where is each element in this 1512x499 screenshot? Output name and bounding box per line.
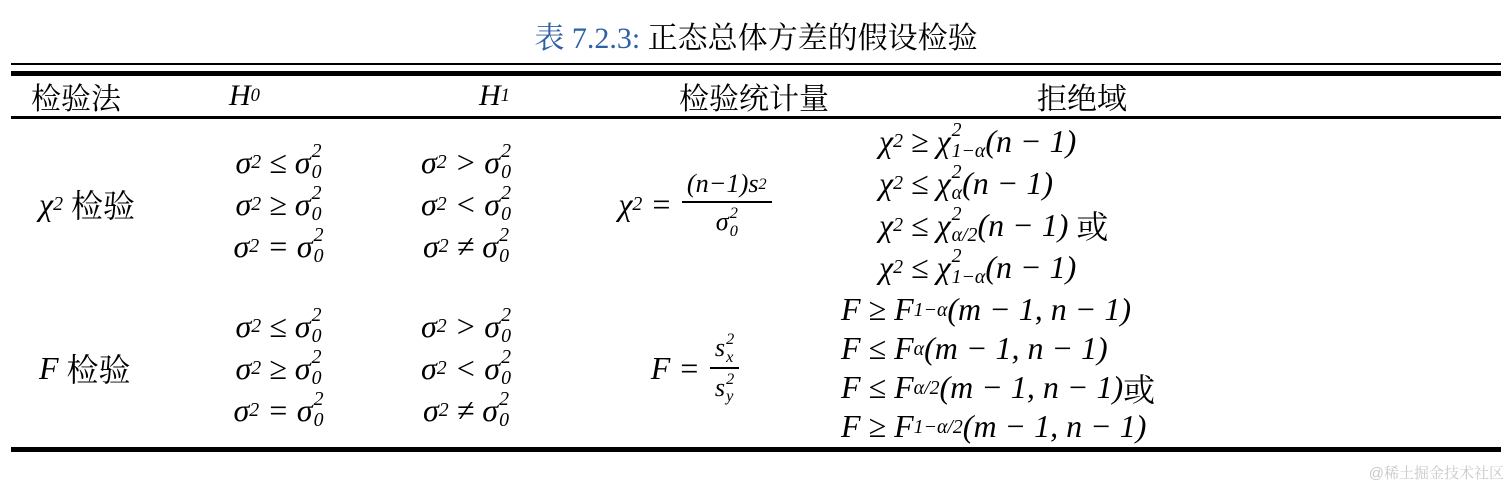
header-h1: H1 — [371, 76, 561, 116]
table-title: 表 7.2.3: 正态总体方差的假设检验 — [0, 22, 1512, 56]
cell-h1: σ2 > σ20 σ2 < σ20 σ2 ≠ σ20 — [371, 119, 561, 289]
h1-line: σ2 < σ20 — [421, 347, 511, 389]
statistic-formula: χ2 = (n−1)s2σ20 — [618, 183, 773, 225]
watermark: @稀土掘金技术社区 — [1369, 462, 1504, 483]
cell-statistic: χ2 = (n−1)s2σ20 — [561, 119, 831, 289]
row-label-f-test: F 检验 — [11, 289, 186, 447]
rejection-line: χ2 ≤ χ21−α(n − 1) — [879, 246, 1076, 288]
header-method: 检验法 — [11, 76, 186, 116]
table-title-text: 正态总体方差的假设检验 — [640, 22, 978, 55]
rejection-line: F ≥ F1−α(m − 1, n − 1) — [841, 290, 1131, 329]
cell-h0: σ2 ≤ σ20 σ2 ≥ σ20 σ2 = σ20 — [186, 119, 371, 289]
h0-line: σ2 ≤ σ20 — [236, 305, 322, 347]
table-row: χ2 检验 σ2 ≤ σ20 σ2 ≥ σ20 σ2 = σ20 σ2 > σ2… — [11, 119, 1501, 289]
h1-line: σ2 ≠ σ20 — [423, 225, 509, 267]
cell-h0: σ2 ≤ σ20 σ2 ≥ σ20 σ2 = σ20 — [186, 289, 371, 447]
page: 表 7.2.3: 正态总体方差的假设检验 检验法 H0 H1 检验统计量 拒绝域… — [0, 0, 1512, 499]
table-number: 表 7.2.3: — [534, 22, 640, 55]
cell-h1: σ2 > σ20 σ2 < σ20 σ2 ≠ σ20 — [371, 289, 561, 447]
cell-rejection: χ2 ≥ χ21−α(n − 1) χ2 ≤ χ2α(n − 1) χ2 ≤ χ… — [831, 119, 1501, 289]
row-label-chi-square-test: χ2 检验 — [11, 119, 186, 289]
statistic-formula: F = s2xs2y — [651, 347, 741, 389]
h1-line: σ2 ≠ σ20 — [423, 389, 509, 431]
cell-rejection: F ≥ F1−α(m − 1, n − 1) F ≤ Fα(m − 1, n −… — [831, 289, 1501, 447]
h1-line: σ2 < σ20 — [421, 183, 511, 225]
bottom-rule — [11, 447, 1501, 452]
rejection-line: F ≤ Fα/2(m − 1, n − 1)或 — [841, 368, 1155, 407]
header-row: 检验法 H0 H1 检验统计量 拒绝域 — [11, 76, 1501, 116]
cell-statistic: F = s2xs2y — [561, 289, 831, 447]
table-row: F 检验 σ2 ≤ σ20 σ2 ≥ σ20 σ2 = σ20 σ2 > σ20… — [11, 289, 1501, 447]
rejection-line: χ2 ≤ χ2α/2(n − 1) 或 — [879, 204, 1108, 246]
h0-line: σ2 ≥ σ20 — [236, 347, 322, 389]
header-h0: H0 — [186, 76, 371, 116]
header-rejection: 拒绝域 — [831, 76, 1501, 116]
rejection-line: F ≥ F1−α/2(m − 1, n − 1) — [841, 407, 1146, 446]
h1-line: σ2 > σ20 — [421, 141, 511, 183]
h0-line: σ2 = σ20 — [234, 225, 324, 267]
h0-line: σ2 ≤ σ20 — [236, 141, 322, 183]
header-statistic: 检验统计量 — [561, 76, 831, 116]
rejection-line: χ2 ≤ χ2α(n − 1) — [879, 162, 1053, 204]
h0-line: σ2 = σ20 — [234, 389, 324, 431]
h0-line: σ2 ≥ σ20 — [236, 183, 322, 225]
rejection-line: χ2 ≥ χ21−α(n − 1) — [879, 120, 1076, 162]
rejection-line: F ≤ Fα(m − 1, n − 1) — [841, 329, 1108, 368]
hypothesis-test-table: 检验法 H0 H1 检验统计量 拒绝域 χ2 检验 σ2 ≤ σ20 σ2 ≥ … — [11, 63, 1501, 452]
h1-line: σ2 > σ20 — [421, 305, 511, 347]
